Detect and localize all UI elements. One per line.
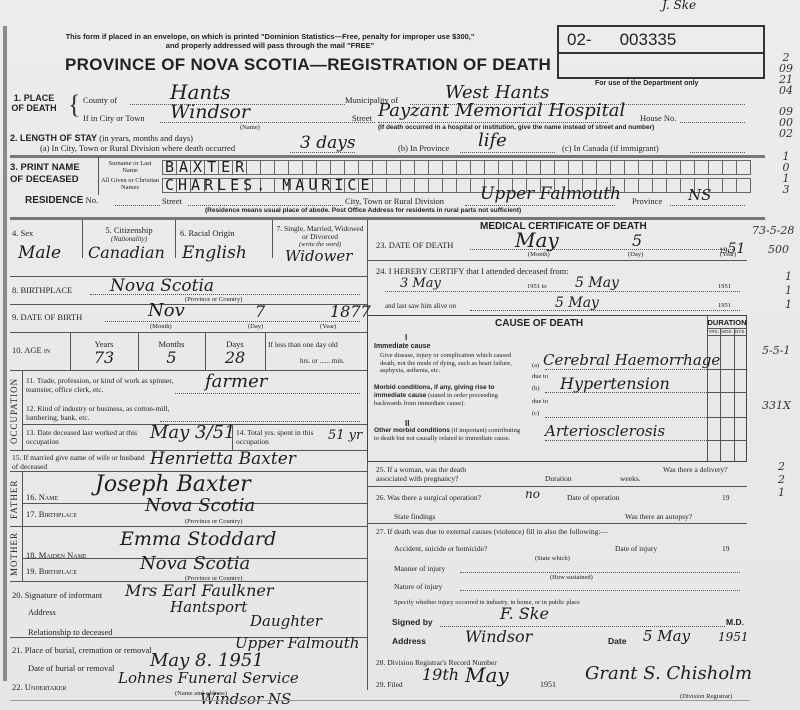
filed-day: 19th (422, 665, 459, 684)
margin-note-cause-duration: 5-5-1 (762, 345, 790, 356)
margin-note-age: 73-5-28 (752, 225, 794, 236)
residence-province-value: NS (688, 186, 711, 204)
father-side-label: FATHER (9, 474, 19, 524)
margin-notes-bottom: 2 2 1 (778, 460, 785, 499)
father-name-label: 16. Name (26, 492, 58, 502)
signed-by-label: Signed by (392, 617, 433, 627)
operation-label: 26. Was there a surgical operation? (376, 493, 481, 502)
trade-label: 11. Trade, profession, or kind of work a… (26, 376, 176, 394)
undertaker-address: Windsor NS (200, 690, 291, 708)
signature-year: 1951 (718, 630, 749, 644)
street-value: Payzant Memorial Hospital (378, 100, 625, 121)
attended-to: 5 May (575, 275, 619, 291)
surname-label: Surname or Last Name (100, 160, 160, 174)
informant-address-value: Hantsport (170, 598, 247, 616)
top-annotation: J. Ske (662, 0, 696, 12)
father-name-value: Joseph Baxter (95, 472, 251, 497)
left-border (3, 26, 7, 681)
residence-city-label: City, Town or Rural Division (345, 196, 444, 206)
external-causes-label: 27. If death was due to external causes … (376, 527, 608, 536)
burial-date-label: Date of burial or removal (28, 663, 114, 673)
informant-label: 20. Signature of informant (12, 590, 102, 600)
sex-value: Male (18, 243, 61, 263)
stay-city-value: 3 days (300, 133, 356, 153)
marital-status-value: Widower (285, 247, 352, 265)
given-names-label: All Given or Christian Names (100, 177, 160, 191)
other-conditions-label: Other morbid conditions (374, 427, 450, 434)
stay-canada-label: (c) In Canada (if immigrant) (562, 143, 659, 153)
spouse-value: Henrietta Baxter (150, 449, 296, 469)
operation-value: no (525, 487, 540, 501)
cause-b: Hypertension (560, 374, 670, 393)
total-years-label: 14. Total yrs. spent in this occupation (236, 428, 331, 446)
undertaker-label: 22. Undertaker (12, 682, 66, 692)
father-birthplace-value: Nova Scotia (145, 495, 255, 516)
citizenship-value: Canadian (88, 243, 165, 262)
registration-number-box: 02- 003335 (557, 25, 765, 79)
last-saw-label: and last saw him alive on (385, 302, 456, 310)
racial-origin-label: 6. Racial Origin (180, 228, 235, 238)
cause-a: Cerebral Haemorrhage (543, 351, 720, 369)
industry-label: 12. Kind of industry or business, as cot… (26, 404, 176, 422)
dob-year: 1877 (330, 302, 371, 321)
age-months: 5 (138, 348, 205, 367)
attended-from: 3 May (400, 276, 441, 291)
informant-address-label: Address (28, 607, 56, 617)
undertaker-value: Lohnes Funeral Service (118, 669, 299, 687)
city-value: Windsor (170, 101, 250, 123)
age-label: 10. AGE in (12, 345, 50, 355)
surname-boxes (162, 160, 751, 175)
stay-province-label: (b) In Province (398, 143, 449, 153)
margin-note-cause-code: 331X (762, 400, 791, 411)
city-label: If in City or Town (83, 113, 145, 123)
residence-row: RESIDENCE No. (25, 195, 98, 206)
trade-value: farmer (205, 371, 267, 392)
registration-number: 003335 (620, 30, 677, 50)
medical-certificate-heading: MEDICAL CERTIFICATE OF DEATH (480, 221, 647, 232)
death-registration-form: J. Ske This form if placed in an envelop… (0, 0, 800, 710)
marital-status-label: 7. Single, Married, Widowed or Divorced … (275, 225, 365, 249)
mailing-notice: This form if placed in an envelope, on w… (60, 32, 480, 50)
residence-province-label: Province (632, 196, 662, 206)
citizenship-label: 5. Citizenship (Nationality) (86, 226, 172, 244)
county-label: County of (83, 95, 117, 105)
stay-province-value: life (478, 130, 507, 151)
birthplace-label: 8. BIRTHPLACE (12, 285, 72, 295)
dob-day: 7 (255, 302, 265, 321)
last-saw-value: 5 May (555, 295, 599, 311)
house-no-label: House No. (640, 113, 676, 123)
other-condition: Arteriosclerosis (545, 422, 665, 440)
place-of-death-label: 1. PLACE OF DEATH (10, 93, 58, 113)
duration-columns: YRS. MOS. DYS. (707, 329, 747, 334)
margin-notes-ones: 1 1 1 (785, 270, 792, 312)
certify-label: 24. I HEREBY CERTIFY that I attended dec… (376, 266, 569, 276)
department-note: For use of the Department only (595, 80, 698, 87)
sex-label: 4. Sex (12, 228, 33, 238)
form-title: PROVINCE OF NOVA SCOTIA—REGISTRATION OF … (65, 55, 551, 75)
spouse-label: 15. If married give name of wife or husb… (12, 453, 152, 471)
occupation-side-label: OCCUPATION (9, 373, 19, 448)
margin-notes-top: 2 09 21 04 09 00 02 1 0 1 3 (776, 52, 796, 195)
residence-street-label: Street (162, 196, 182, 206)
age-years: 73 (70, 348, 138, 367)
physician-address-label: Address (392, 636, 426, 646)
margin-note-500: 500 (768, 244, 789, 255)
duration-heading: DURATION (707, 318, 747, 327)
relationship-label: Relationship to deceased (28, 627, 113, 637)
total-years-value: 51 yr (328, 428, 362, 443)
filed-month: May (465, 663, 509, 687)
birthplace-value: Nova Scotia (110, 276, 214, 296)
racial-origin-value: English (182, 243, 247, 263)
date-of-death-label: 23. DATE OF DEATH (376, 240, 453, 250)
dob-month: Nov (148, 300, 185, 321)
hospital-note: (If death occurred in a hospital or inst… (378, 124, 654, 131)
mother-maiden-value: Emma Stoddard (120, 528, 276, 550)
pregnancy-label: 25. If a woman, was the death associated… (376, 465, 486, 483)
mother-birthplace-label: 19. Birthplace (26, 566, 77, 576)
filed-year: 1951 (540, 680, 556, 689)
immediate-cause-label: Immediate cause (374, 343, 430, 350)
burial-place-label: 21. Place of burial, cremation or remova… (12, 645, 152, 655)
surname-value: BAXTER (165, 158, 249, 176)
signature-date: 5 May (643, 627, 690, 645)
mother-birthplace-value: Nova Scotia (140, 553, 250, 574)
length-of-stay-heading: 2. LENGTH OF STAY (in years, months and … (10, 133, 193, 143)
physician-signature: F. Ske (500, 604, 549, 623)
street-label: Street (352, 113, 372, 123)
stay-city-label: (a) In City, Town or Rural Division wher… (40, 143, 235, 153)
relationship-value: Daughter (250, 612, 322, 630)
last-worked-value: May 3/51 (150, 422, 235, 443)
burial-date-value: May 8. 1951 (150, 650, 264, 671)
dod-month: May (515, 228, 559, 252)
age-days: 28 (205, 348, 265, 367)
mother-side-label: MOTHER (9, 529, 19, 579)
father-birthplace-label: 17. Birthplace (26, 509, 77, 519)
given-names-value: CHARLES. MAURICE (165, 176, 374, 194)
date-of-birth-label: 9. DATE OF BIRTH (12, 312, 82, 322)
brace: { (68, 92, 80, 118)
print-name-label: 3. PRINT NAME OF DECEASED (10, 162, 80, 186)
cause-heading: CAUSE OF DEATH (495, 318, 583, 329)
last-worked-label: 13. Date deceased last worked at this oc… (26, 428, 156, 446)
physician-address: Windsor (465, 627, 532, 646)
residence-note: (Residence means usual place of abode. P… (205, 207, 521, 214)
filed-label: 29. Filed (376, 680, 403, 689)
dod-day: 5 (632, 231, 642, 250)
registration-prefix: 02- (567, 30, 592, 50)
residence-city-value: Upper Falmouth (480, 184, 621, 204)
registrar-signature: Grant S. Chisholm (585, 663, 752, 684)
